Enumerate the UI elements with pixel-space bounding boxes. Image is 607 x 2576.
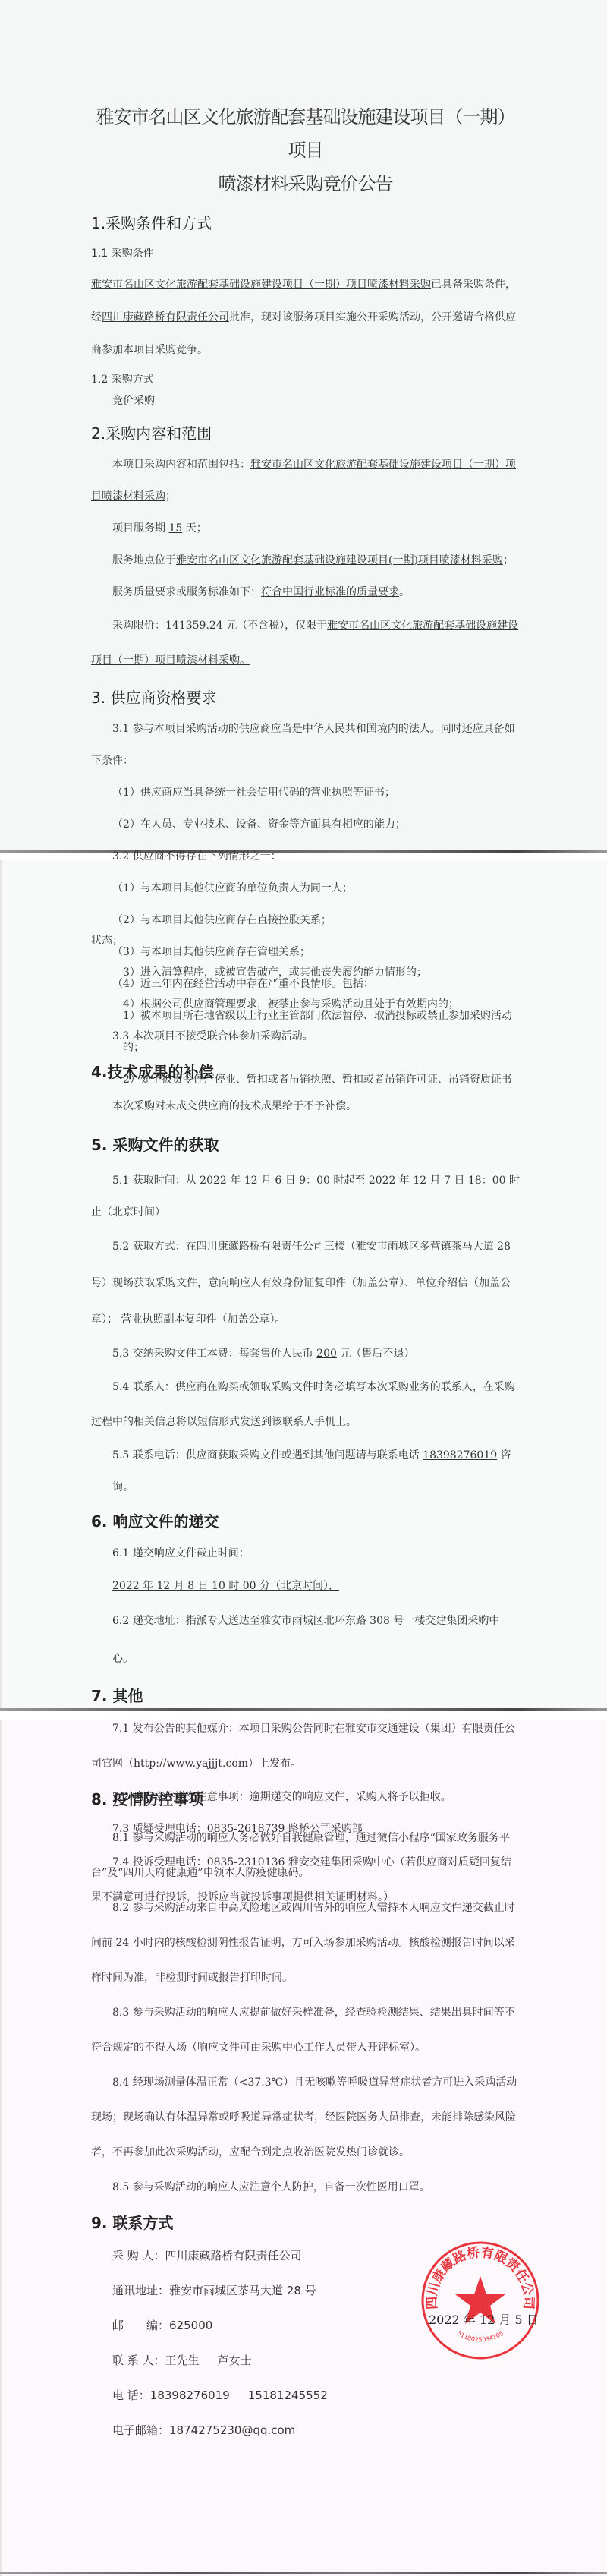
postcode-value: 625000 (169, 2319, 212, 2332)
acquisition-time: 5.1 获取时间：从 2022 年 12 月 6 日 9：00 时起至 2022… (91, 1165, 520, 1228)
purchaser-value: 四川康藏路桥有限责任公司 (165, 2249, 302, 2262)
submission-address: 6.2 递交地址：指派专人送达至雅安市雨城区北环东路 308 号一楼交建集团采购… (91, 1602, 520, 1678)
issue-date: 2022 年 12 月 5 日 (429, 2310, 539, 2328)
epidemic-8-4: 8.4 经现场测量体温正常（<37.3℃）且无咳嗽等呼吸道异常症状者方可进入采购… (91, 2065, 520, 2170)
service-quality: 服务质量要求或服务标准如下：符合中国行业标准的质量要求。 (91, 576, 520, 608)
exclusion-item: （1）与本项目其他供应商的单位负责人为同一人； (91, 872, 520, 904)
epidemic-8-3: 8.3 参与采购活动的响应人应提前做好采样准备，经查验检测结果、结果出具时间等不… (91, 1995, 520, 2065)
email-row: 电子邮箱：1874275230@qq.com (91, 2413, 520, 2448)
contact-1: 王先生 (165, 2354, 200, 2367)
location-value: 雅安市名山区文化旅游配套基础设施建设项目(一期)项目喷漆材料采购 (176, 554, 503, 566)
phone-value: 18398276019 (423, 1449, 497, 1461)
qualification-item: （2）在人员、专业技术、设备、资金等方面具有相应的能力； (91, 809, 520, 840)
text: 天； (182, 522, 206, 534)
text: 采购限价：141359.24 元（不含税），仅限于 (112, 620, 327, 632)
label: 邮 编： (112, 2319, 169, 2332)
project-name-link: 雅安市名山区文化旅游配套基础设施建设项目（一期）项目喷漆材料采购 (91, 279, 431, 291)
text: 本项目采购内容和范围包括： (112, 459, 250, 471)
price-limit: 采购限价：141359.24 元（不含税），仅限于雅安市名山区文化旅游配套基础设… (91, 608, 520, 678)
text: 元（售后不退） (337, 1348, 414, 1360)
submission-deadline: 2022 年 12 月 8 日 10 时 00 分（北京时间）， (91, 1570, 520, 1602)
exclusion-subitem-continued: 状态； (91, 925, 520, 957)
page-2-content: 状态； 3）进入清算程序，或被宣告破产，或其他丧失履约能力情形的； 4）根据公司… (91, 925, 520, 1915)
section-2-heading: 2.采购内容和范围 (91, 418, 520, 449)
section-7-heading: 7. 其他 (91, 1681, 520, 1711)
title-line-2: 喷漆材料采购竞价公告 (91, 167, 520, 200)
section-5-heading: 5. 采购文件的获取 (91, 1130, 520, 1160)
epidemic-8-2: 8.2 参与采购活动来自中高风险地区或四川省外的响应人需持本人响应文件递交截止时… (91, 1890, 520, 1995)
quality-value: 符合中国行业标准的质量要求 (261, 586, 399, 598)
text: 服务质量要求或服务标准如下： (112, 586, 261, 598)
service-location: 服务地点位于雅安市名山区文化旅游配套基础设施建设项目(一期)项目喷漆材料采购； (91, 544, 520, 576)
exclusion-subitem: 4）根据公司供应商管理要求，被禁止参与采购活动且处于有效期内的； (91, 988, 520, 1020)
text: ； (503, 554, 514, 566)
section-3-heading: 3. 供应商资格要求 (91, 683, 520, 713)
text: 。 (399, 586, 410, 598)
section-6-heading: 6. 响应文件的递交 (91, 1506, 520, 1537)
phone-1: 18398276019 (150, 2388, 230, 2402)
exclusion-subitem: 3）进入清算程序，或被宣告破产，或其他丧失履约能力情形的； (91, 957, 520, 988)
procurement-method: 竞价采购 (91, 389, 520, 412)
procurement-conditions-text: 雅安市名山区文化旅游配套基础设施建设项目（一期）项目喷漆材料采购已具备采购条件，… (91, 269, 520, 367)
seal-serial: 5118025034105 (456, 2329, 505, 2343)
qualification-3-1: 3.1 参与本项目采购活动的供应商应当是中华人民共和国境内的法人。同时还应具备如… (91, 713, 520, 777)
email-value: 1874275230@qq.com (169, 2423, 295, 2437)
compensation-text: 本次采购对未成交供应商的技术成果给于不予补偿。 (91, 1087, 520, 1125)
acquisition-method: 5.2 获取方式：在四川康藏路桥有限责任公司三楼（雅安市雨城区多营镇茶马大道 2… (91, 1228, 520, 1338)
other-7-1: 7.1 发布公告的其他媒介：本项目采购公告同时在雅安市交通建设（集团）有限责任公… (91, 1711, 520, 1781)
qualification-3-2: 3.2 供应商不得存在下列情形之一： (91, 840, 520, 872)
section-4-heading: 4.技术成果的补偿 (91, 1057, 520, 1087)
text: 服务地点位于 (112, 554, 176, 566)
text: 已具备采购条件， (431, 279, 516, 291)
contact-person-note: 5.4 联系人：供应商在购买或领取采购文件时务必填写本次采购业务的联系人，在采购… (91, 1370, 520, 1439)
text: ； (165, 490, 176, 503)
epidemic-8-1: 8.1 参与采购活动的响应人务必做好自我健康管理，通过微信小程序“国家政务服务平… (91, 1821, 520, 1890)
official-seal-icon: 四川康藏路桥有限责任公司 5118025034105 (420, 2240, 541, 2361)
label: 电 话： (112, 2388, 150, 2402)
subsection-1-2: 1.2 采购方式 (91, 370, 520, 389)
svg-text:5118025034105: 5118025034105 (456, 2329, 505, 2343)
text: 项目服务期 (112, 522, 168, 534)
title-line-1: 雅安市名山区文化旅游配套基础设施建设项目（一期）项目 (91, 100, 520, 167)
text: 经 (91, 311, 102, 323)
document-title: 雅安市名山区文化旅游配套基础设施建设项目（一期）项目 喷漆材料采购竞价公告 (91, 100, 520, 200)
label: 采 购 人： (112, 2249, 165, 2262)
address-value: 雅安市雨城区茶马大道 28 号 (169, 2284, 316, 2297)
qualification-3-3: 3.3 本次项目不接受联合体参加采购活动。 (91, 1020, 520, 1052)
phone-row: 电 话：1839827601915181245552 (91, 2378, 520, 2413)
period-value: 15 (168, 522, 182, 534)
text: 5.3 交纳采购文件工本费：每套售价人民币 (112, 1348, 316, 1360)
company-name: 四川康藏路桥有限责任公司 (102, 311, 229, 323)
section-9-heading: 9. 联系方式 (91, 2208, 520, 2238)
qualification-item: （1）供应商应当具备统一社会信用代码的营业执照等证书； (91, 777, 520, 809)
scope-text: 本项目采购内容和范围包括：雅安市名山区文化旅游配套基础设施建设项目（一期）项目喷… (91, 449, 520, 512)
contact-2: 芦女士 (218, 2354, 252, 2367)
text: 5.5 联系电话：供应商获取采购文件或遇到其他问题请与联系电话 (112, 1449, 423, 1461)
subsection-1-1: 1.1 采购条件 (91, 238, 520, 269)
submission-deadline-label: 6.1 递交响应文件截止时间： (91, 1537, 520, 1570)
epidemic-8-5: 8.5 参与采购活动的响应人应注意个人防护，自备一次性医用口罩。 (91, 2170, 520, 2205)
page-divider (0, 2572, 607, 2574)
phone-2: 15181245552 (248, 2388, 328, 2402)
section-1-heading: 1.采购条件和方式 (91, 208, 520, 238)
section-8-heading: 8. 疫情防控事项 (91, 1784, 520, 1815)
document-fee: 5.3 交纳采购文件工本费：每套售价人民币 200 元（售后不退） (91, 1338, 520, 1370)
service-period: 项目服务期 15 天； (91, 512, 520, 544)
label: 通讯地址： (112, 2284, 169, 2297)
contact-phone-note: 5.5 联系电话：供应商获取采购文件或遇到其他问题请与联系电话 18398276… (91, 1439, 520, 1503)
fee-value: 200 (316, 1348, 337, 1360)
label: 联 系 人： (112, 2354, 165, 2367)
label: 电子邮箱： (112, 2423, 169, 2437)
